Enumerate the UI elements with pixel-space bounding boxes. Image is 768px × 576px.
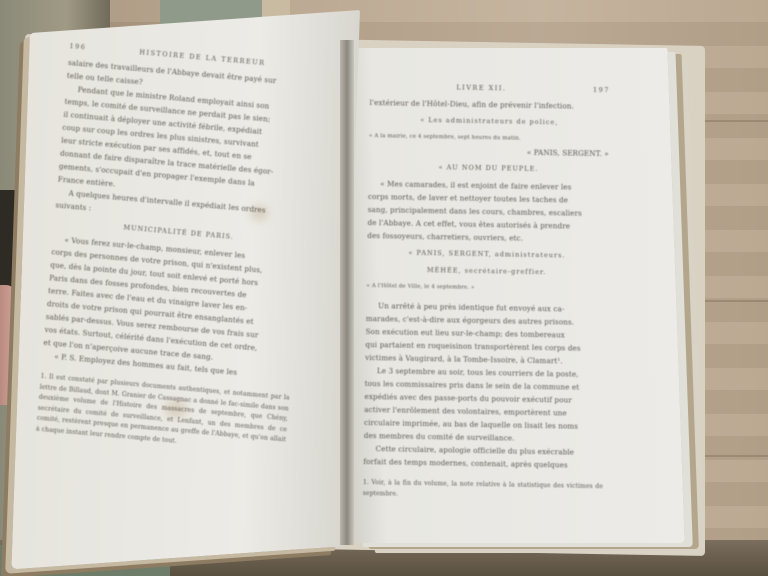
text-line: forfait des temps modernes, contenait, a… <box>363 455 603 472</box>
dateline: « A l'Hôtel de Ville, le 4 septembre. » <box>366 280 606 297</box>
signature: « PANIS, SERGENT. » <box>369 143 609 160</box>
signature: MÉHÉE, secrétaire-greffier. <box>367 263 607 280</box>
hand-holding-book <box>0 285 16 405</box>
footnote: 1. Voir, à la fin du volume, la note rel… <box>363 478 603 503</box>
book-gutter <box>340 40 354 545</box>
right-page-header: LIVRE XII. 197 <box>370 80 610 97</box>
running-head: LIVRE XII. <box>456 82 506 96</box>
text-line: « Les administrateurs de police, <box>369 113 609 130</box>
text-line: des fossoyeurs, charretiers, ouvriers, e… <box>367 229 607 246</box>
page-number: 196 <box>69 40 87 54</box>
text-line: l'extérieur de l'Hôtel-Dieu, afin de pré… <box>369 96 609 113</box>
photo-scene: 196 HISTOIRE DE LA TERREUR salaire des t… <box>0 0 768 576</box>
right-page-text: LIVRE XII. 197 l'extérieur de l'Hôtel-Di… <box>363 80 610 503</box>
signature: « PANIS, SERGENT, administrateurs. <box>367 246 607 263</box>
book-cover-edge <box>0 190 22 300</box>
page-number: 197 <box>593 84 610 97</box>
section-title: « AU NOM DU PEUPLE. <box>368 160 608 177</box>
left-page-text: 196 HISTOIRE DE LA TERREUR salaire des t… <box>35 40 319 456</box>
